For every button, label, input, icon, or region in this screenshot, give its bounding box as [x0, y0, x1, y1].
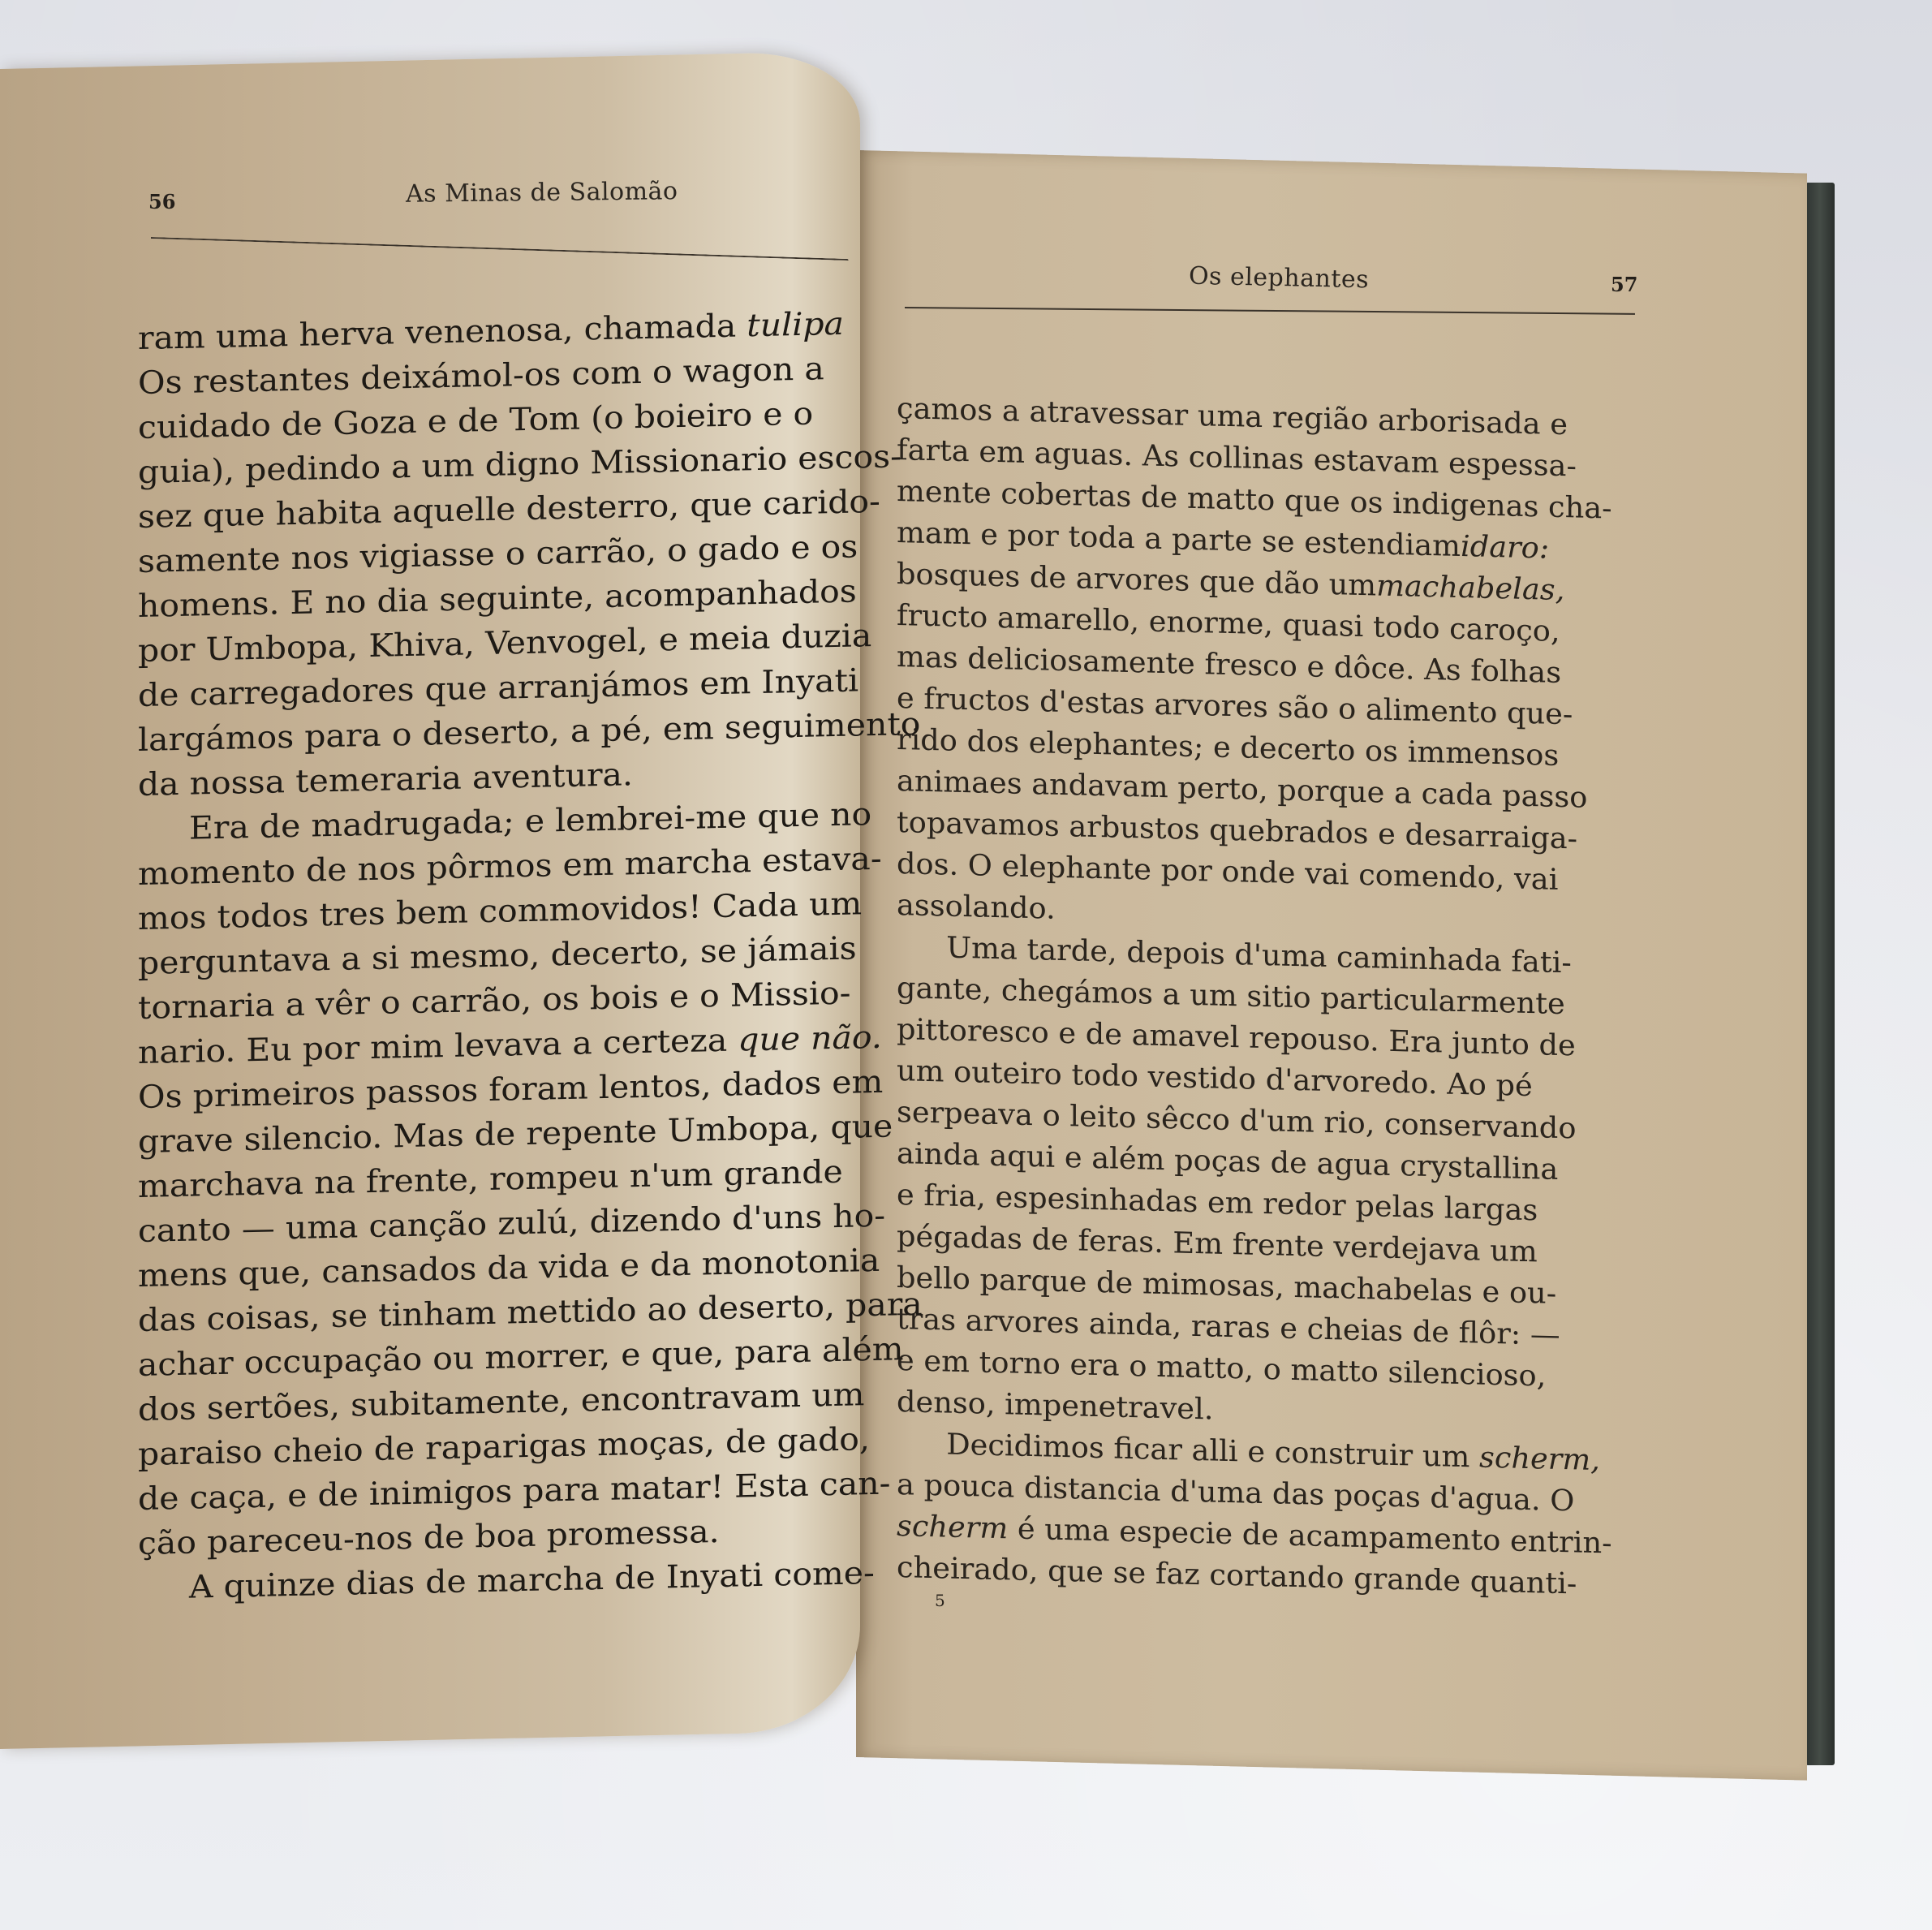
left-running-head: As Minas de Salomão — [406, 177, 678, 209]
signature-mark: 5 — [935, 1591, 945, 1610]
left-page-number: 56 — [148, 190, 175, 213]
left-page-text: ram uma herva venenosa, chamada tulipaOs… — [138, 300, 923, 1611]
right-running-head: Os elephantes — [1189, 262, 1370, 295]
right-page-number: 57 — [1611, 273, 1637, 296]
book-cover-edge — [1805, 183, 1835, 1765]
right-page-text: çamos a atravessar uma região arborisada… — [897, 388, 1612, 1606]
